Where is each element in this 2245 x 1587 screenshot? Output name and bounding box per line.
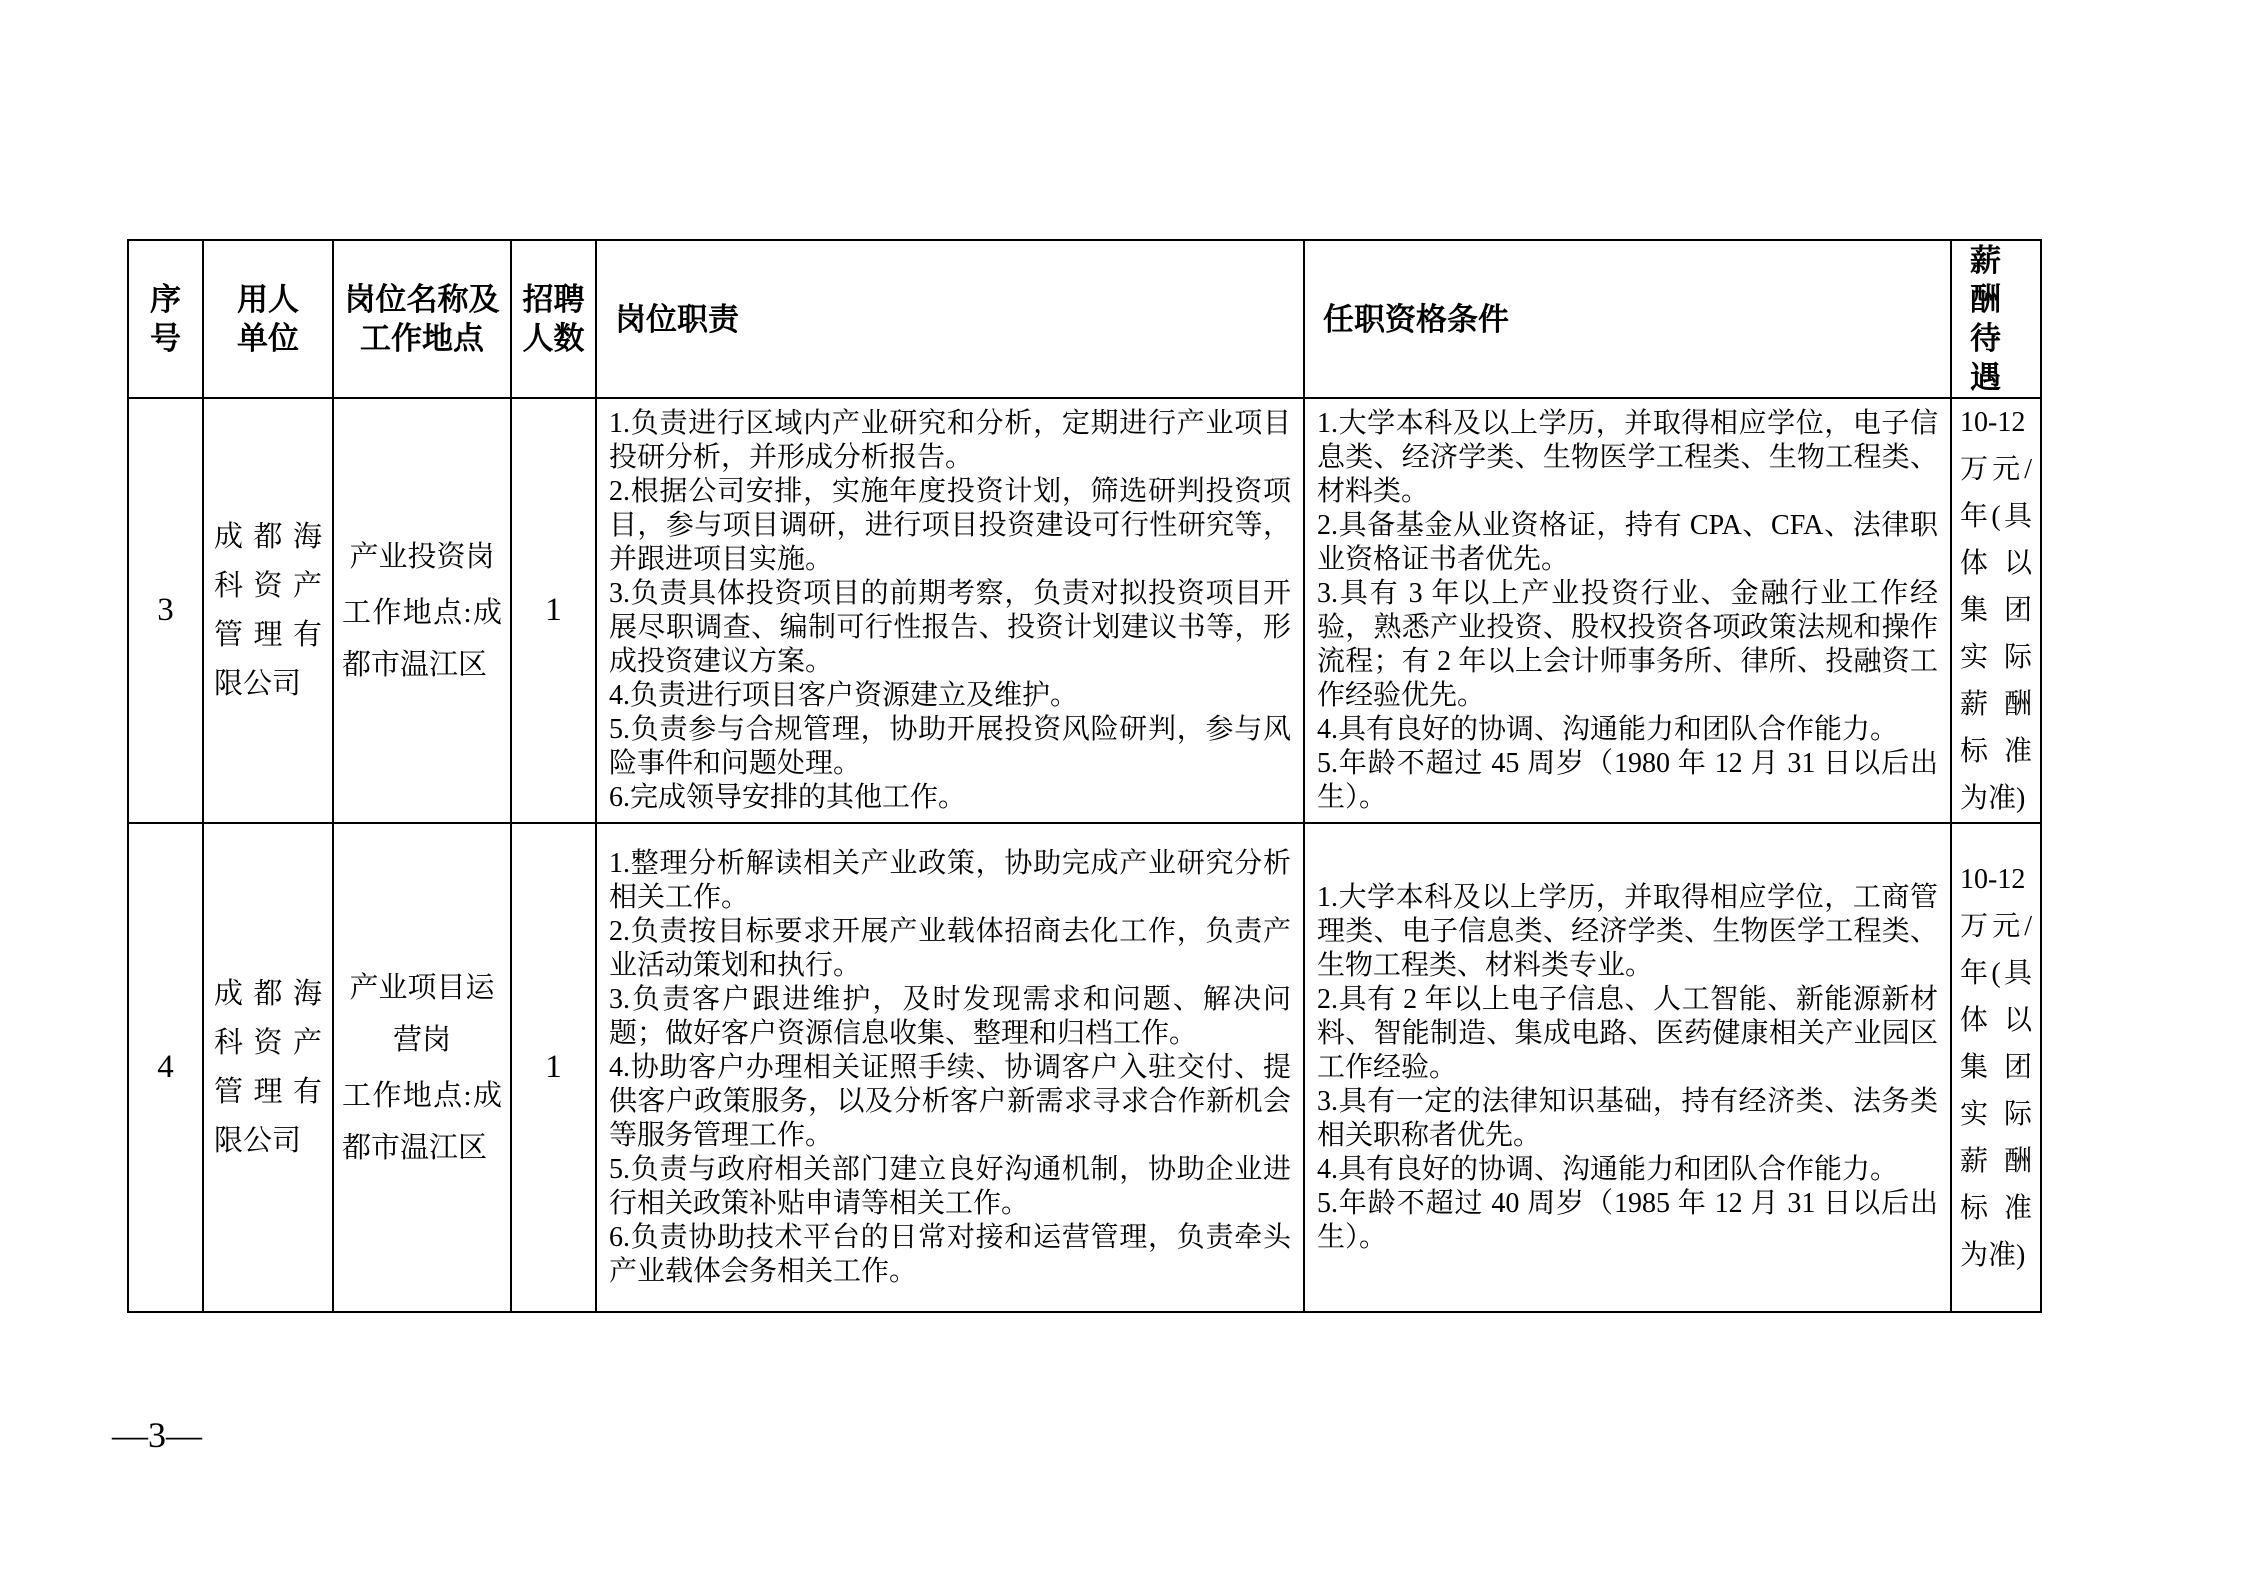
header-seq: 序 号 bbox=[128, 240, 203, 398]
position-location: 工作地点:成都市温江区 bbox=[342, 1070, 502, 1174]
table-header-row: 序 号 用人 单位 岗位名称及 工作地点 招聘 人数 岗位职责 任职资格条件 薪… bbox=[128, 240, 2041, 398]
position-cell: 产业项目运营岗 工作地点:成都市温江区 bbox=[333, 823, 511, 1312]
duties-cell: 1.负责进行区域内产业研究和分析，定期进行产业项目投研分析，并形成分析报告。 2… bbox=[596, 398, 1304, 823]
recruitment-table: 序 号 用人 单位 岗位名称及 工作地点 招聘 人数 岗位职责 任职资格条件 薪… bbox=[127, 239, 2042, 1313]
header-employer: 用人 单位 bbox=[203, 240, 333, 398]
employer-cell: 成都海科资产管理有限公司 bbox=[203, 823, 333, 1312]
header-headcount: 招聘 人数 bbox=[511, 240, 596, 398]
table-row-3: 3 成都海科资产管理有限公司 产业投资岗 工作地点:成都市温江区 1 1.负责进… bbox=[128, 398, 2041, 823]
page-number: —3— bbox=[112, 1415, 202, 1455]
position-title: 产业投资岗 bbox=[342, 531, 502, 583]
qualifications-cell: 1.大学本科及以上学历，并取得相应学位，工商管理类、电子信息类、经济学类、生物医… bbox=[1304, 823, 1951, 1312]
header-salary: 薪 酬 待遇 bbox=[1951, 240, 2041, 398]
header-duties: 岗位职责 bbox=[596, 240, 1304, 398]
headcount-cell: 1 bbox=[511, 823, 596, 1312]
header-qualifications: 任职资格条件 bbox=[1304, 240, 1951, 398]
table-row-4: 4 成都海科资产管理有限公司 产业项目运营岗 工作地点:成都市温江区 1 1.整… bbox=[128, 823, 2041, 1312]
employer-cell: 成都海科资产管理有限公司 bbox=[203, 398, 333, 823]
qualifications-cell: 1.大学本科及以上学历，并取得相应学位，电子信息类、经济学类、生物医学工程类、生… bbox=[1304, 398, 1951, 823]
seq-cell: 3 bbox=[128, 398, 203, 823]
header-position: 岗位名称及 工作地点 bbox=[333, 240, 511, 398]
seq-cell: 4 bbox=[128, 823, 203, 1312]
position-cell: 产业投资岗 工作地点:成都市温江区 bbox=[333, 398, 511, 823]
salary-cell: 10-12 万元/年(具体以集团实际薪酬标准为准) bbox=[1951, 398, 2041, 823]
duties-cell: 1.整理分析解读相关产业政策，协助完成产业研究分析相关工作。 2.负责按目标要求… bbox=[596, 823, 1304, 1312]
salary-cell: 10-12 万元/年(具体以集团实际薪酬标准为准) bbox=[1951, 823, 2041, 1312]
position-title: 产业项目运营岗 bbox=[342, 962, 502, 1066]
headcount-cell: 1 bbox=[511, 398, 596, 823]
document-page: { "page": { "page_number": "—3—" }, "tab… bbox=[0, 0, 2245, 1587]
position-location: 工作地点:成都市温江区 bbox=[342, 587, 502, 691]
